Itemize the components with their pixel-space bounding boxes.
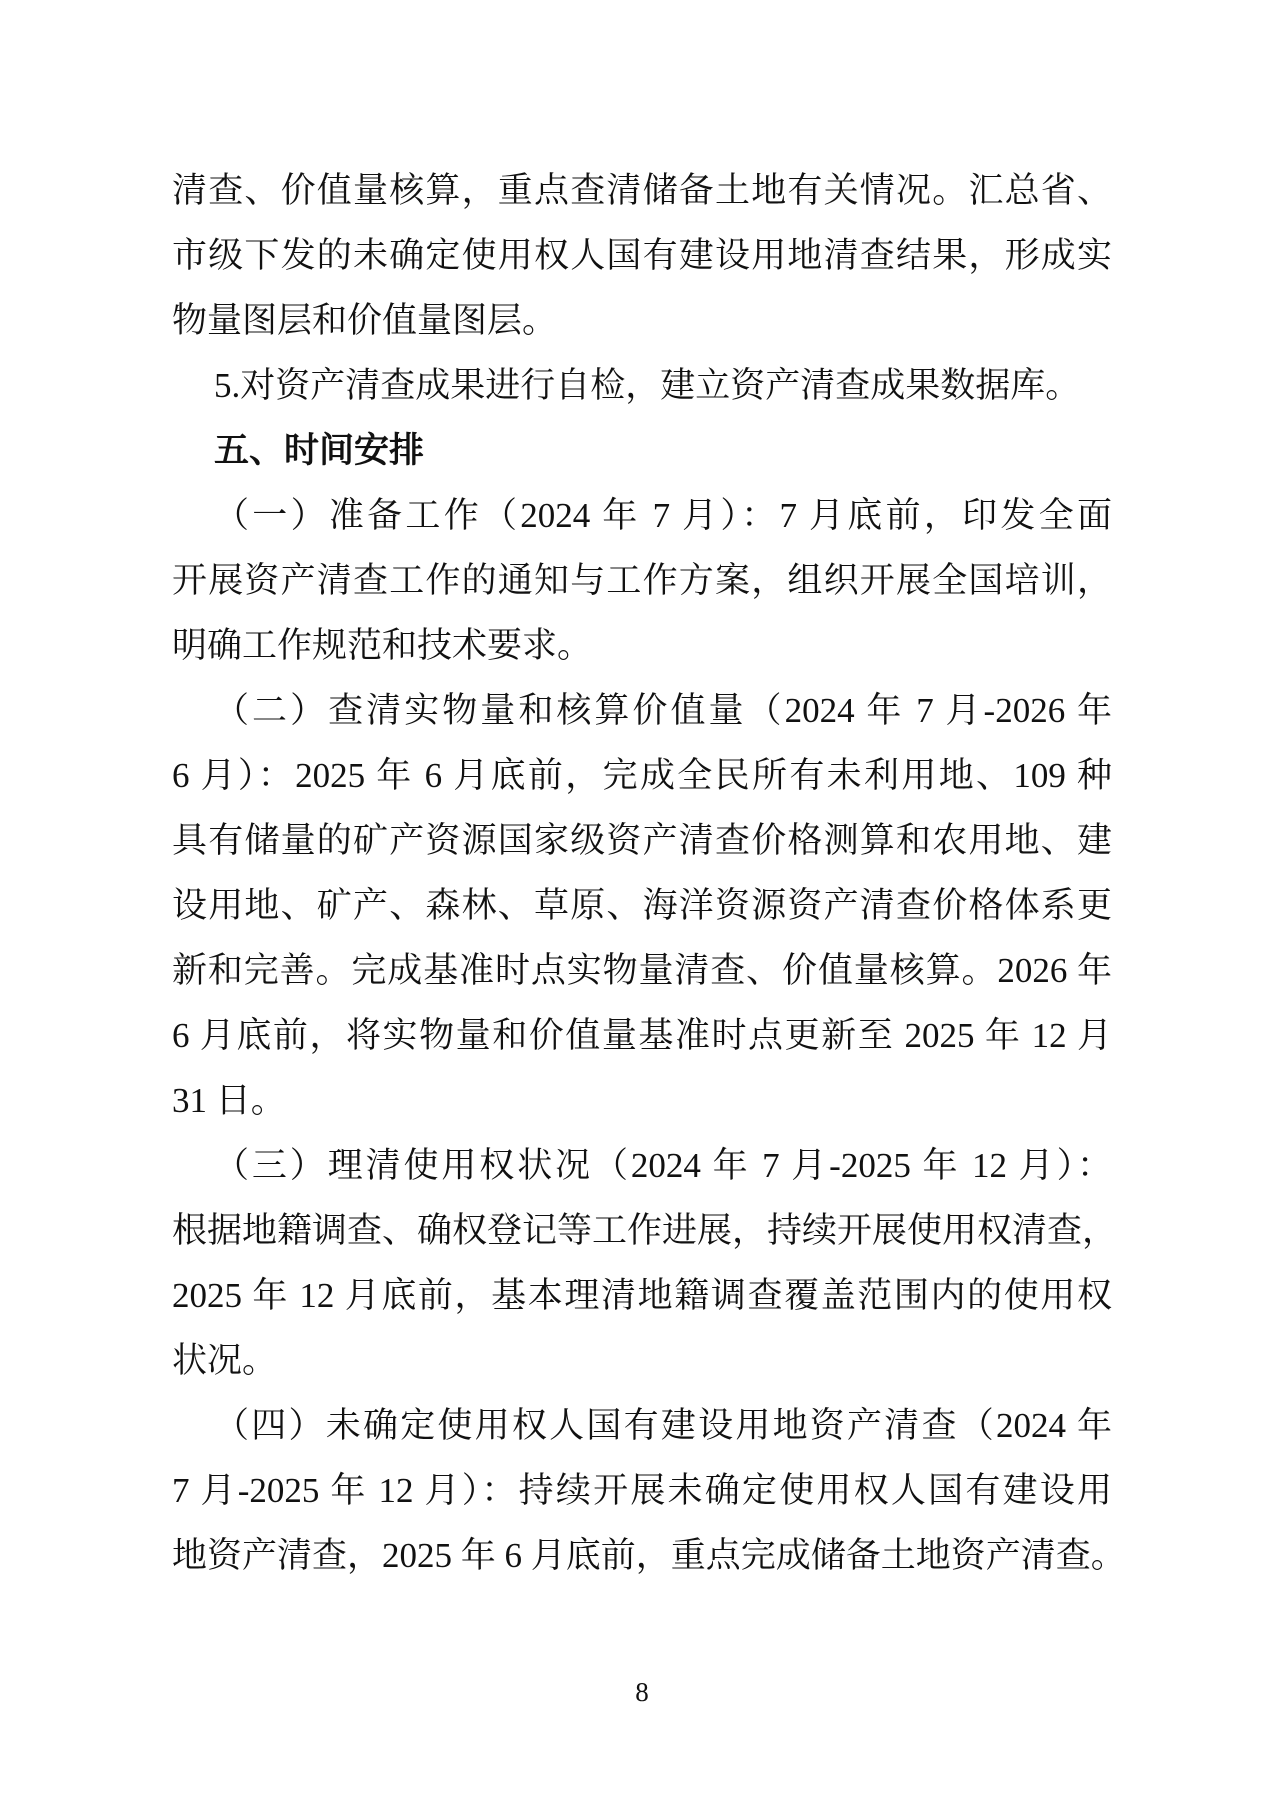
text-line: 6 月）：2025 年 6 月底前，完成全民所有未利用地、109 种: [172, 743, 1112, 808]
text-line: 清查、价值量核算，重点查清储备土地有关情况。汇总省、: [172, 158, 1112, 223]
text-line: 具有储量的矿产资源国家级资产清查价格测算和农用地、建: [172, 808, 1112, 873]
text-line: 地资产清查，2025 年 6 月底前，重点完成储备土地资产清查。: [172, 1523, 1112, 1588]
text-line: （二）查清实物量和核算价值量（2024 年 7 月-2026 年: [172, 678, 1112, 743]
page-number: 8: [172, 1672, 1112, 1712]
text-line: 开展资产清查工作的通知与工作方案，组织开展全国培训，: [172, 548, 1112, 613]
document-body: 清查、价值量核算，重点查清储备土地有关情况。汇总省、市级下发的未确定使用权人国有…: [172, 158, 1112, 1588]
text-line: 7 月-2025 年 12 月）：持续开展未确定使用权人国有建设用: [172, 1458, 1112, 1523]
document-page: 清查、价值量核算，重点查清储备土地有关情况。汇总省、市级下发的未确定使用权人国有…: [0, 0, 1280, 1810]
text-line: 物量图层和价值量图层。: [172, 288, 1112, 353]
text-line: 根据地籍调查、确权登记等工作进展，持续开展使用权清查，: [172, 1198, 1112, 1263]
text-line: 2025 年 12 月底前，基本理清地籍调查覆盖范围内的使用权: [172, 1263, 1112, 1328]
text-line: 设用地、矿产、森林、草原、海洋资源资产清查价格体系更: [172, 873, 1112, 938]
text-line: （四）未确定使用权人国有建设用地资产清查（2024 年: [172, 1393, 1112, 1458]
text-line: 6 月底前，将实物量和价值量基准时点更新至 2025 年 12 月: [172, 1003, 1112, 1068]
text-line: 状况。: [172, 1328, 1112, 1393]
text-line: 新和完善。完成基准时点实物量清查、价值量核算。2026 年: [172, 938, 1112, 1003]
section-heading: 五、时间安排: [172, 418, 1112, 483]
text-line: 31 日。: [172, 1068, 1112, 1133]
text-line: 明确工作规范和技术要求。: [172, 613, 1112, 678]
text-line: 市级下发的未确定使用权人国有建设用地清查结果，形成实: [172, 223, 1112, 288]
text-line: （一）准备工作（2024 年 7 月）：7 月底前，印发全面: [172, 483, 1112, 548]
text-line: （三）理清使用权状况（2024 年 7 月-2025 年 12 月）：: [172, 1133, 1112, 1198]
text-line: 5.对资产清查成果进行自检，建立资产清查成果数据库。: [172, 353, 1112, 418]
